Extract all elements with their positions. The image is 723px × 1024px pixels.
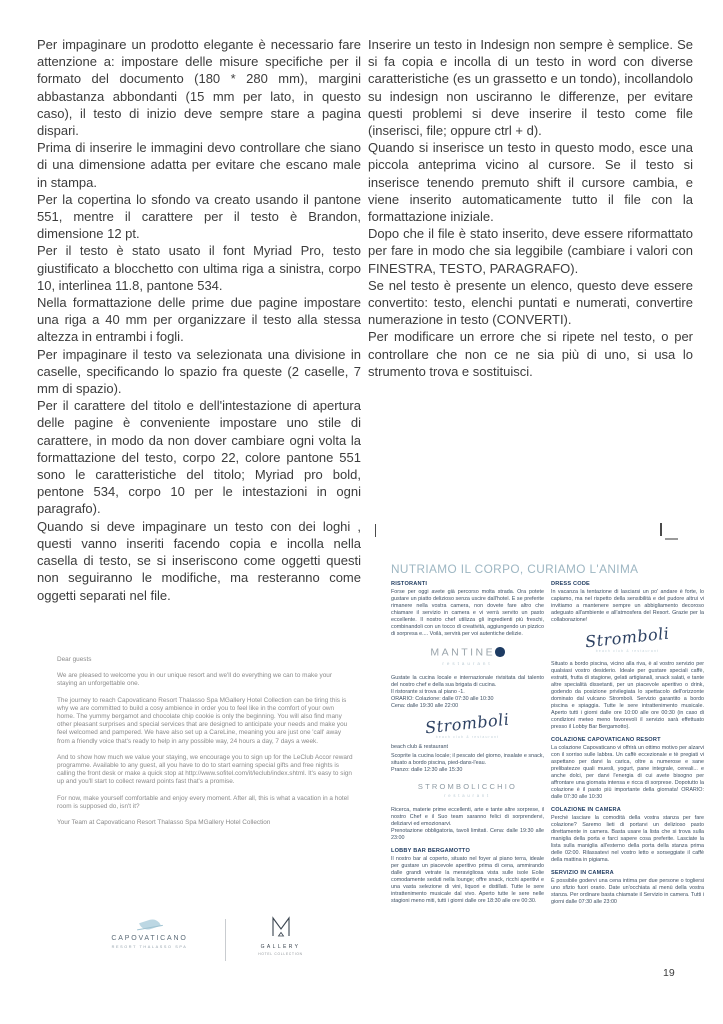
mantineo-logo-subtitle: restaurant	[391, 660, 544, 667]
article-paragraph: Per la copertina lo sfondo va creato usa…	[37, 191, 361, 243]
stromboli-logo-tagline: beach club & restaurant	[551, 648, 704, 655]
brochure-right-column: DRESS CODE In vacanza la tentazione di l…	[551, 581, 704, 912]
strombolicchio-hours: Prenotazione obbligatoria, tavoli limita…	[391, 828, 544, 842]
mantineo-logo: MANTINEO restaurant	[391, 647, 544, 667]
article-paragraph: Se nel testo è presente un elenco, quest…	[368, 277, 693, 329]
mgallery-logo: GALLERY HOTEL COLLECTION	[246, 916, 316, 956]
letter-closing: Your Team at Capovaticano Resort Thalass…	[57, 819, 353, 827]
article-right-column: Inserire un testo in Indesign non sempre…	[368, 36, 693, 380]
mgallery-logo-name: GALLERY	[246, 944, 316, 950]
strombolicchio-logo: STROMBOLICCHIO restaurant	[391, 783, 544, 799]
strombolicchio-body: Ricerca, materie prime eccellenti, arte …	[391, 807, 544, 828]
mantineo-hours: Cena: dalle 19:30 alle 22:00	[391, 703, 544, 710]
article-paragraph: Nella formattazione delle prime due pagi…	[37, 294, 361, 346]
section-body: In vacanza la tentazione di lasciarsi un…	[551, 589, 704, 624]
brochure-title: NUTRIAMO IL CORPO, CURIAMO L'ANIMA	[391, 562, 638, 576]
section-heading-colazione-resort: COLAZIONE CAPOVATICANO RESORT	[551, 737, 704, 744]
mantineo-logo-name: MANTINE	[430, 647, 495, 659]
document-page: Per impaginare un prodotto elegante è ne…	[0, 0, 723, 1024]
article-paragraph: Inserire un testo in Indesign non sempre…	[368, 36, 693, 139]
article-paragraph: Per il carattere del titolo e dell'intes…	[37, 397, 361, 517]
mgallery-logo-subtitle: HOTEL COLLECTION	[246, 952, 316, 956]
stromboli-logo-script: Stromboli	[425, 716, 510, 732]
section-body: Il nostro bar al coperto, situato nel fo…	[391, 856, 544, 905]
mantineo-hours: ORARIO: Colazione: dalle 07:30 alle 10:3…	[391, 696, 544, 703]
article-paragraph: Quando si inserisce un testo in questo m…	[368, 139, 693, 225]
leaf-icon	[139, 917, 161, 932]
guest-letter: Dear guests We are pleased to welcome yo…	[57, 656, 353, 835]
stromboli-body: Situato a bordo piscina, vicino alla riv…	[551, 661, 704, 731]
letter-paragraph: The journey to reach Capovaticano Resort…	[57, 697, 353, 746]
crop-mark-right-vertical	[660, 523, 662, 536]
mantineo-logo-o-icon: O	[495, 647, 505, 657]
logo-divider	[225, 919, 226, 961]
letter-paragraph: For now, make yourself comfortable and e…	[57, 795, 353, 811]
article-paragraph: Per impaginare un prodotto elegante è ne…	[37, 36, 361, 139]
stromboli-logo-tagline: beach club & restaurant	[391, 734, 544, 741]
letter-paragraph: And to show how much we value your stayi…	[57, 754, 353, 787]
mgallery-m-icon	[270, 916, 292, 938]
stromboli-body: Scoprite la cucina locale; il pescato de…	[391, 753, 544, 767]
article-paragraph: Prima di inserire le immagini devo contr…	[37, 139, 361, 191]
article-paragraph: Quando si deve impaginare un testo con d…	[37, 518, 361, 604]
stromboli-logo: Stromboli beach club & restaurant	[551, 634, 704, 655]
section-body: È possibile godervi una cena intima per …	[551, 878, 704, 906]
mantineo-floor: Il ristorante si trova al piano -1.	[391, 689, 544, 696]
article-paragraph: Per impaginare il testo va selezionata u…	[37, 346, 361, 398]
article-paragraph: Per modificare un errore che si ripete n…	[368, 328, 693, 380]
section-heading-servizio-camera: SERVIZIO IN CAMERA	[551, 870, 704, 877]
article-paragraph: Per il testo è stato usato il font Myria…	[37, 242, 361, 294]
stromboli-tagline-line: beach club & restaurant	[391, 744, 544, 751]
letter-salutation: Dear guests	[57, 656, 353, 664]
stromboli-hours: Pranzo: dalle 12:30 alle 15:30	[391, 767, 544, 774]
letter-paragraph: We are pleased to welcome you in our uni…	[57, 672, 353, 688]
section-body: Perché lasciare la comodità della vostra…	[551, 815, 704, 864]
section-heading-dress-code: DRESS CODE	[551, 581, 704, 588]
section-heading-colazione-camera: COLAZIONE IN CAMERA	[551, 807, 704, 814]
section-heading-lobby-bar: LOBBY BAR BERGAMOTTO	[391, 848, 544, 855]
page-number: 19	[663, 967, 675, 979]
crop-mark-right-horizontal	[665, 538, 678, 540]
capovaticano-logo-subtitle: RESORT THALASSO SPA	[95, 945, 205, 949]
strombolicchio-logo-name: STROMBOLICCHIO	[391, 783, 544, 790]
section-heading-ristoranti: RISTORANTI	[391, 581, 544, 588]
section-body: La colazione Capovaticano vi offrirà un …	[551, 745, 704, 801]
article-paragraph: Dopo che il file è stato inserito, deve …	[368, 225, 693, 277]
section-body: Forse per oggi avete già percorso molta …	[391, 589, 544, 638]
capovaticano-logo-name: CAPOVATICANO	[95, 935, 205, 942]
article-left-column: Per impaginare un prodotto elegante è ne…	[37, 36, 361, 604]
brochure-left-column: RISTORANTI Forse per oggi avete già perc…	[391, 581, 544, 911]
crop-mark-left	[375, 524, 376, 537]
letter-logos: CAPOVATICANO RESORT THALASSO SPA GALLERY…	[57, 916, 353, 961]
stromboli-logo-script: Stromboli	[585, 630, 670, 646]
mantineo-caption: Gustate la cucina locale e internazional…	[391, 675, 544, 689]
capovaticano-logo: CAPOVATICANO RESORT THALASSO SPA	[95, 916, 205, 949]
strombolicchio-logo-subtitle: restaurant	[391, 792, 544, 799]
stromboli-logo: Stromboli beach club & restaurant	[391, 720, 544, 741]
